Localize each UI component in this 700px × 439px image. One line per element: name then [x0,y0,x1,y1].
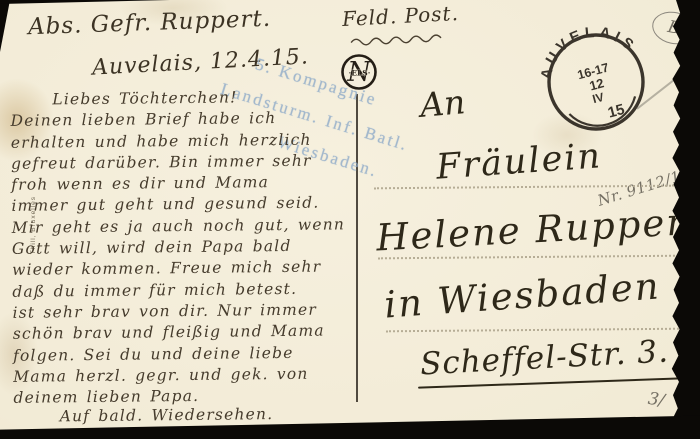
address-street: Scheffel-Str. 3. [419,334,670,383]
address-dotted-line [386,328,682,333]
sender-line: Abs. Gefr. Ruppert. [28,6,272,40]
pencil-price-mark: 3∕ [647,389,666,411]
address-salutation: An [418,82,466,125]
message-line: gefreut darüber. Bin immer sehr [11,150,363,175]
message-line: schön brav und fleißig und Mama [13,320,365,345]
message-line: Mir geht es ja auch noch gut, wenn [12,214,364,239]
postmark-stamp: AUVELAIS 16-17 12 IV 15 [538,24,654,140]
address-title: Fräulein [435,136,603,187]
postcard-scan: Abs. Gefr. Ruppert. Auvelais, 12.4.15. F… [0,0,700,439]
postcard-back: Abs. Gefr. Ruppert. Auvelais, 12.4.15. F… [0,0,700,439]
printer-imprint: Thill, Bruxelles [30,196,37,254]
feldpost-note: Feld. Post. [341,1,459,31]
address-city: in Wiesbaden [383,264,662,326]
feldpost-flourish [350,29,451,48]
postmark-month-text: IV [591,90,606,106]
message-line: wieder kommen. Freue mich sehr [12,257,364,282]
message-block: Liebes Töchterchen! Deinen lieben Brief … [10,86,366,428]
address-name: Helene Ruppert [375,199,700,259]
